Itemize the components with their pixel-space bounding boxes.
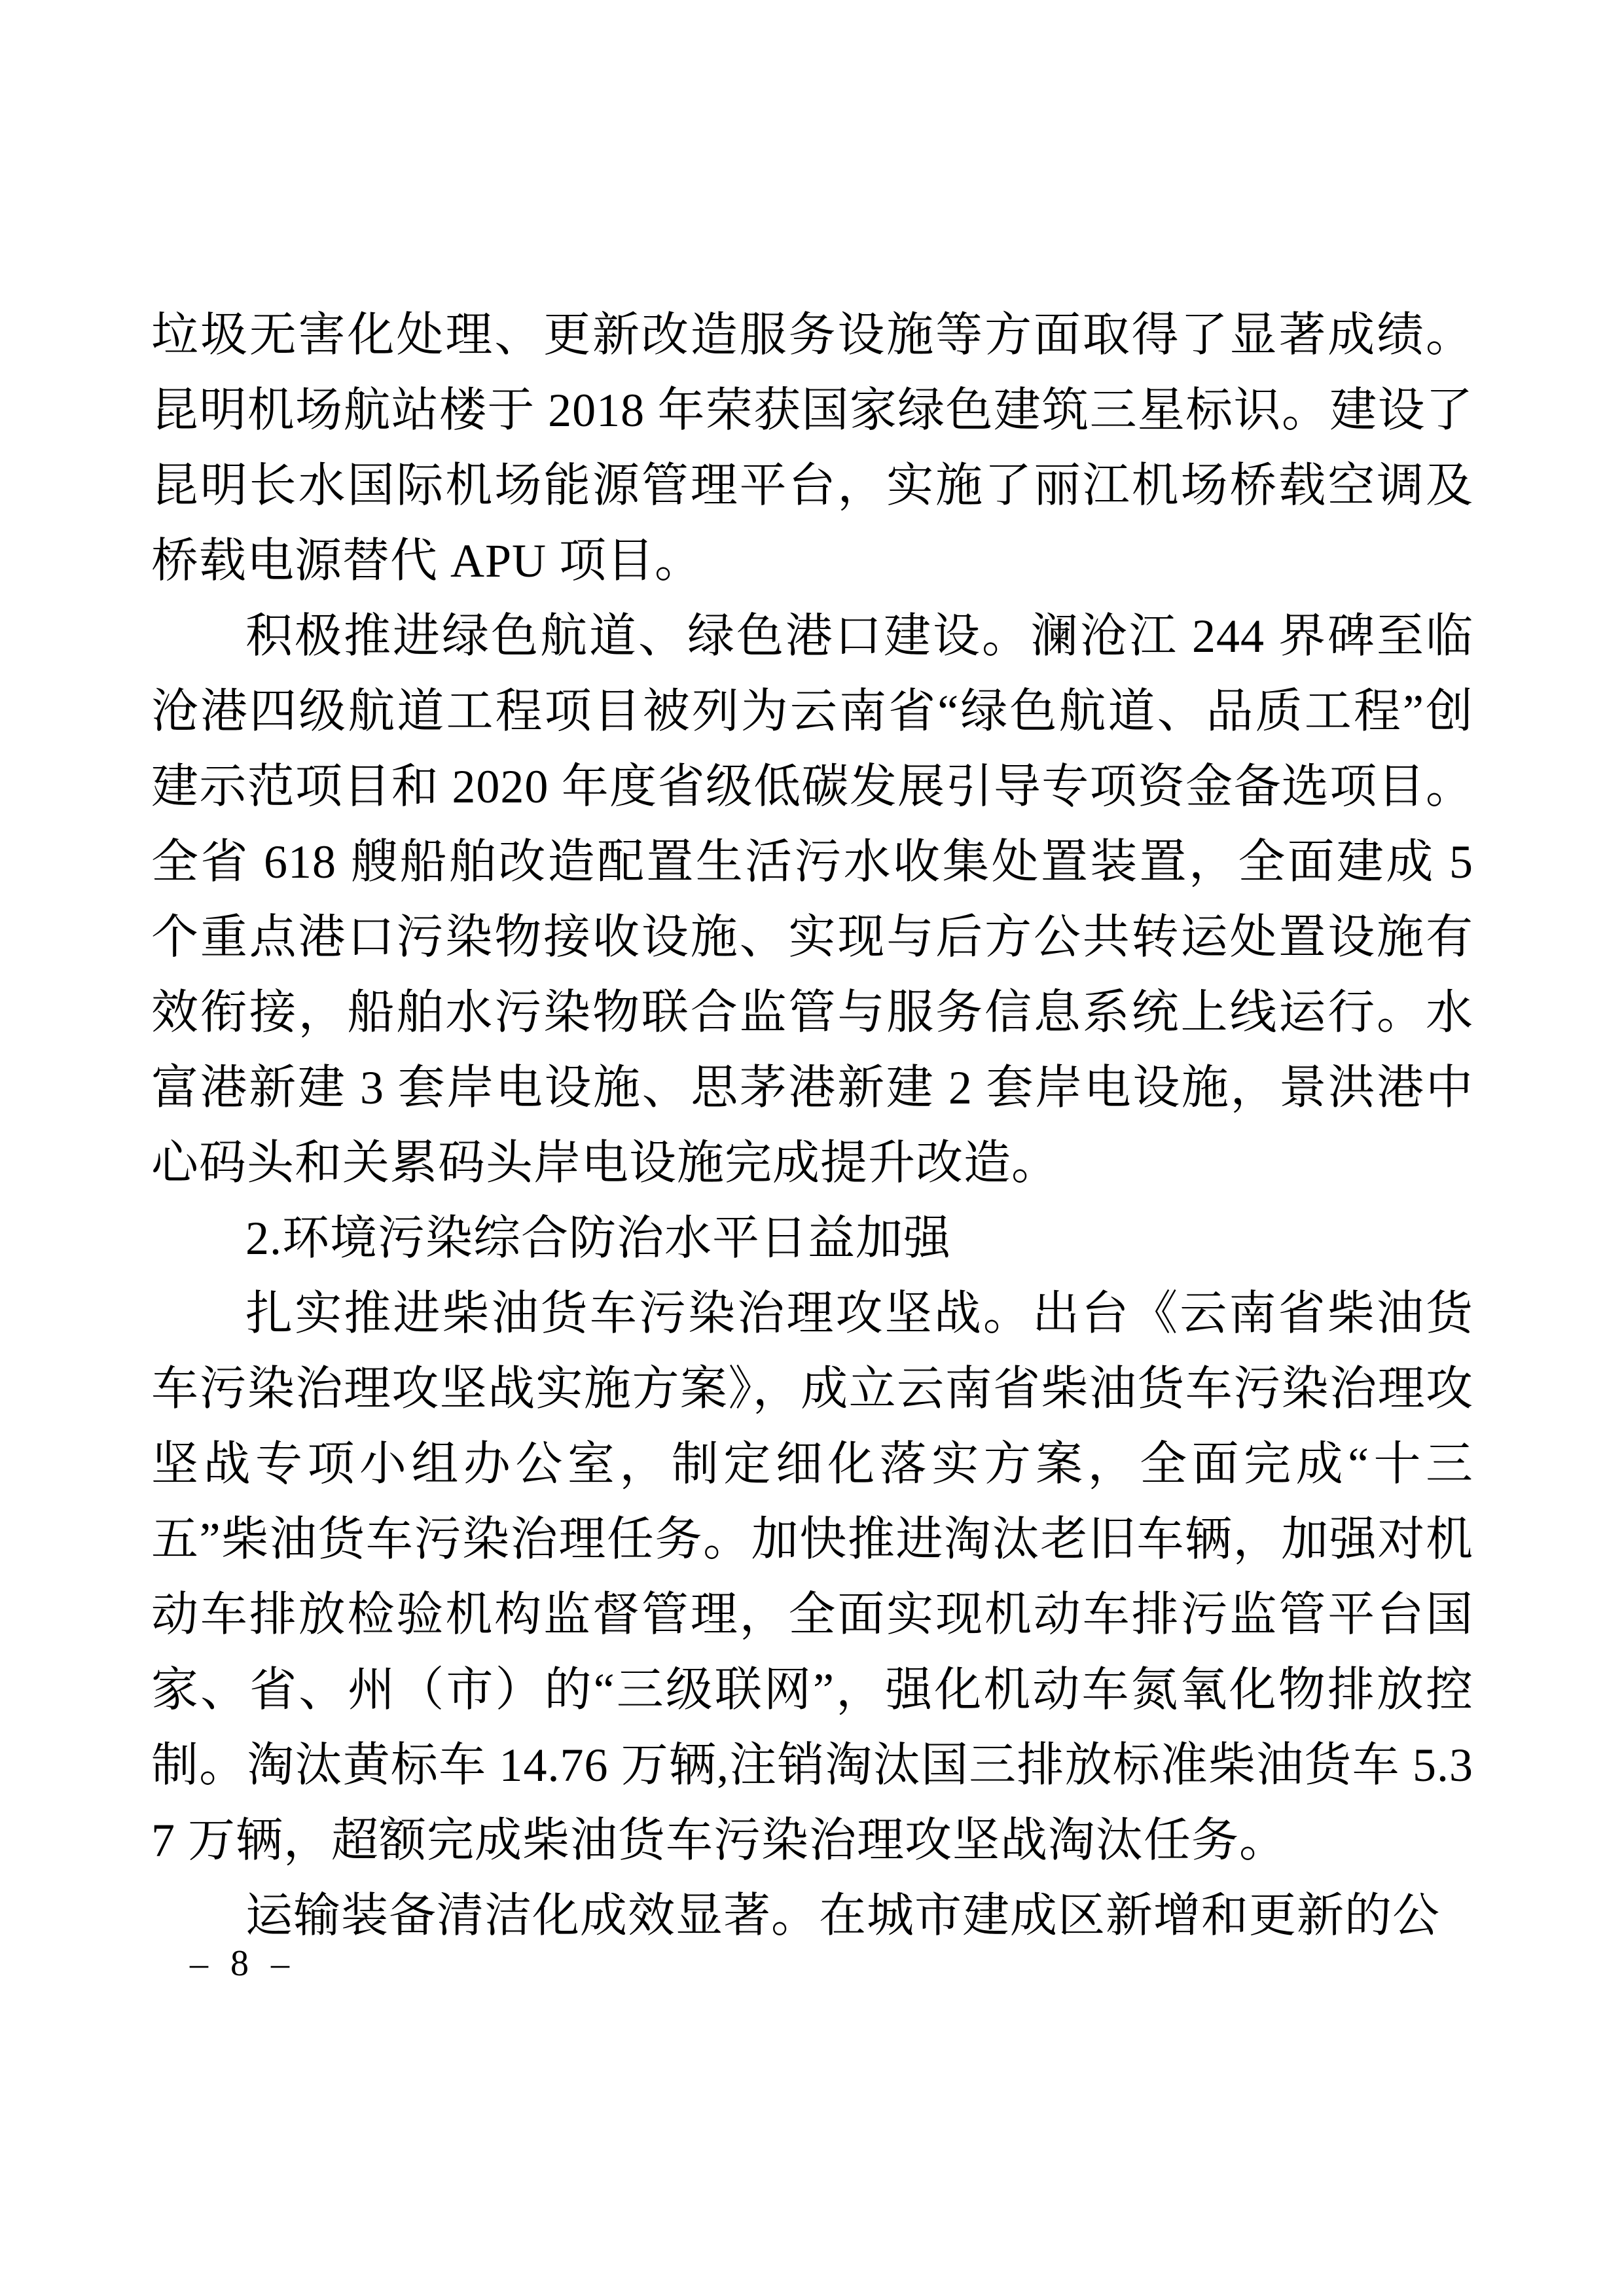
document-page: 垃圾无害化处理、更新改造服务设施等方面取得了显著成绩。昆明机场航站楼于 2018…: [0, 0, 1624, 2296]
paragraph-airport-green-achievements: 垃圾无害化处理、更新改造服务设施等方面取得了显著成绩。昆明机场航站楼于 2018…: [151, 298, 1473, 599]
document-body: 垃圾无害化处理、更新改造服务设施等方面取得了显著成绩。昆明机场航站楼于 2018…: [151, 298, 1473, 1954]
paragraph-green-waterway-ports: 积极推进绿色航道、绿色港口建设。澜沧江 244 界碑至临沧港四级航道工程项目被列…: [151, 599, 1473, 1201]
paragraph-diesel-truck-campaign: 扎实推进柴油货车污染治理攻坚战。出台《云南省柴油货车污染治理攻坚战实施方案》，成…: [151, 1276, 1473, 1878]
page-number: – 8 –: [190, 1937, 296, 1990]
section-heading-pollution-control: 2.环境污染综合防治水平日益加强: [151, 1201, 1473, 1276]
paragraph-clean-transport-equipment: 运输装备清洁化成效显著。在城市建成区新增和更新的公: [151, 1878, 1473, 1954]
